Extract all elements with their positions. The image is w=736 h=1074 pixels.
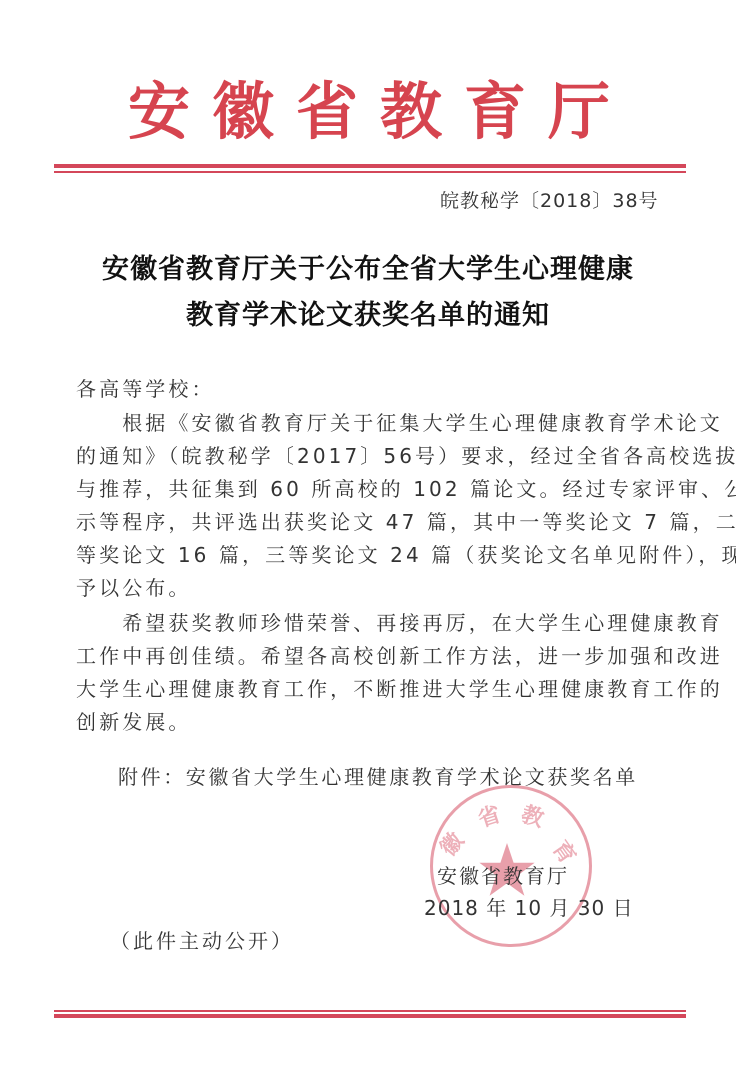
paragraph-2-line: 创新发展。 <box>76 709 192 735</box>
paragraph-1-line: 予以公布。 <box>76 575 192 601</box>
document-number: 皖教秘学〔2018〕38号 <box>440 186 659 213</box>
paragraph-1-line: 根据《安徽省教育厅关于征集大学生心理健康教育学术论文 <box>76 410 723 436</box>
paragraph-2-line: 工作中再创佳绩。希望各高校创新工作方法，进一步加强和改进 <box>76 643 723 669</box>
document-title-line-2: 教育学术论文获奖名单的通知 <box>0 294 736 338</box>
header-rule-thin <box>54 171 686 173</box>
document-title-line-1: 安徽省教育厅关于公布全省大学生心理健康 <box>0 248 736 292</box>
disclosure-note: （此件主动公开） <box>110 928 294 954</box>
footer-rule-thick <box>54 1014 686 1018</box>
paragraph-1-line: 等奖论文 16 篇，三等奖论文 24 篇（获奖论文名单见附件），现 <box>76 542 736 568</box>
paragraph-1-line: 与推荐，共征集到 60 所高校的 102 篇论文。经过专家评审、公 <box>76 476 736 502</box>
paragraph-1-line: 示等程序，共评选出获奖论文 47 篇，其中一等奖论文 7 篇，二 <box>76 509 736 535</box>
header-rule-thick <box>54 164 686 168</box>
issuer-name: 安徽省教育厅 <box>437 863 569 889</box>
attachment-line[interactable]: 附件：安徽省大学生心理健康教育学术论文获奖名单 <box>118 764 638 790</box>
letterhead-title: 安徽省教育厅 <box>0 72 736 152</box>
footer-rule-thin <box>54 1010 686 1012</box>
paragraph-2-line: 希望获奖教师珍惜荣誉、再接再厉，在大学生心理健康教育 <box>76 610 723 636</box>
salutation: 各高等学校： <box>76 376 215 402</box>
paragraph-2-line: 大学生心理健康教育工作，不断推进大学生心理健康教育工作的 <box>76 676 723 702</box>
paragraph-1-line: 的通知》（皖教秘学〔2017〕56号）要求，经过全省各高校选拔 <box>76 443 736 469</box>
issue-date: 2018 年 10 月 30 日 <box>424 895 634 921</box>
